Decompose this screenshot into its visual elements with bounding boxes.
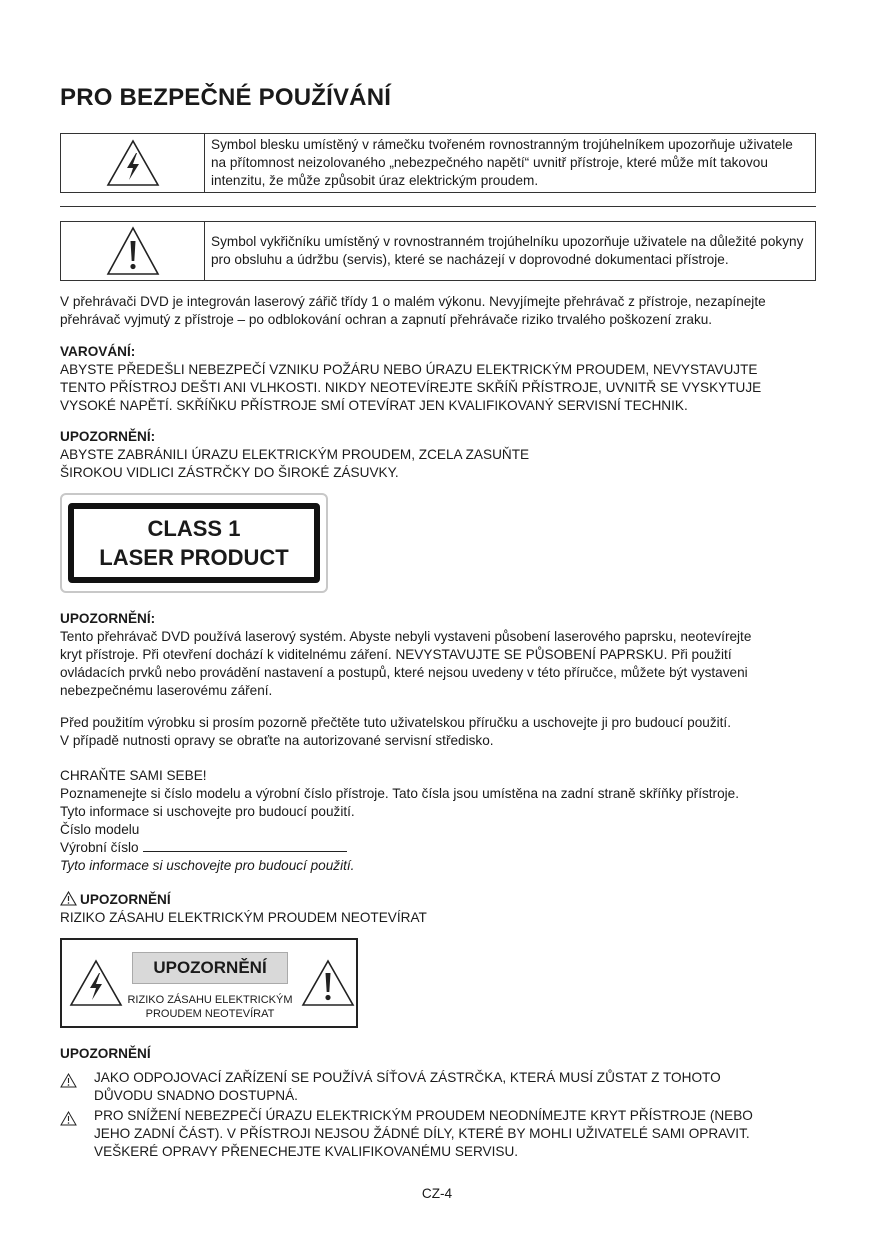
- caution-label-sub: RIZIKO ZÁSAHU ELEKTRICKÝM PROUDEM NEOTEV…: [120, 993, 300, 1021]
- class1-laser-label: CLASS 1 LASER PRODUCT: [60, 493, 328, 593]
- caution-plug-heading: UPOZORNĚNÍ:: [60, 428, 820, 446]
- shock-caution-heading: UPOZORNĚNÍ: [80, 892, 171, 907]
- lightning-triangle-icon: [68, 958, 124, 1008]
- caution-plug-section: UPOZORNĚNÍ: ABYSTE ZABRÁNILI ÚRAZU ELEKT…: [60, 428, 820, 482]
- protect-section: CHRAŇTE SAMI SEBE! Poznamenejte si číslo…: [60, 767, 820, 875]
- serial-number-label: Výrobní číslo: [60, 840, 139, 855]
- exclamation-triangle-icon: [300, 958, 356, 1008]
- laser-label-line2: LASER PRODUCT: [99, 543, 288, 572]
- warning-line: ABYSTE PŘEDEŠLI NEBEZPEČÍ VZNIKU POŽÁRU …: [60, 361, 820, 379]
- shock-caution-label: UPOZORNĚNÍ RIZIKO ZÁSAHU ELEKTRICKÝM PRO…: [60, 938, 358, 1028]
- serial-number-blank: [143, 839, 347, 852]
- caution-laser-line: nebezpečnému laserovému záření.: [60, 682, 820, 700]
- warning-triangle-icon: [60, 1111, 77, 1126]
- model-number-label: Číslo modelu: [60, 821, 820, 839]
- caution-plug-line: ABYSTE ZABRÁNILI ÚRAZU ELEKTRICKÝM PROUD…: [60, 446, 820, 464]
- protect-heading: CHRAŇTE SAMI SEBE!: [60, 767, 820, 785]
- exclamation-symbol-cell: [61, 222, 205, 280]
- shock-caution-heading-row: UPOZORNĚNÍ: [60, 891, 820, 909]
- warning-line: TENTO PŘÍSTROJ DEŠTI ANI VLHKOSTI. NIKDY…: [60, 379, 820, 397]
- lightning-symbol-description: Symbol blesku umístěný v rámečku tvořené…: [205, 134, 815, 192]
- laser-label-inner: CLASS 1 LASER PRODUCT: [68, 503, 320, 583]
- caution-laser-section: UPOZORNĚNÍ: Tento přehrávač DVD používá …: [60, 610, 820, 700]
- page-number: CZ-4: [0, 1186, 874, 1201]
- warning-section: VAROVÁNÍ: ABYSTE PŘEDEŠLI NEBEZPEČÍ VZNI…: [60, 343, 820, 415]
- read-manual-section: Před použitím výrobku si prosím pozorně …: [60, 714, 820, 750]
- protect-footer: Tyto informace si uschovejte pro budoucí…: [60, 857, 820, 875]
- caution-label-sub-line: RIZIKO ZÁSAHU ELEKTRICKÝM: [120, 993, 300, 1007]
- lightning-triangle-icon: [105, 138, 161, 188]
- warning-triangle-icon: [60, 1073, 77, 1088]
- caution-label-head: UPOZORNĚNÍ: [132, 952, 288, 984]
- read-manual-line: Před použitím výrobku si prosím pozorně …: [60, 714, 820, 732]
- lightning-symbol-cell: [61, 134, 205, 192]
- final-caution-item: PRO SNÍŽENÍ NEBEZPEČÍ ÚRAZU ELEKTRICKÝM …: [60, 1107, 820, 1161]
- divider: [60, 206, 816, 207]
- lightning-symbol-box: Symbol blesku umístěný v rámečku tvořené…: [60, 133, 816, 193]
- shock-caution-section: UPOZORNĚNÍ RIZIKO ZÁSAHU ELEKTRICKÝM PRO…: [60, 891, 820, 927]
- exclamation-symbol-box: Symbol vykřičníku umístěný v rovnostrann…: [60, 221, 816, 281]
- read-manual-line: V případě nutnosti opravy se obraťte na …: [60, 732, 820, 750]
- caution-laser-line: ovládacích prvků nebo provádění nastaven…: [60, 664, 820, 682]
- caution-plug-line: ŠIROKOU VIDLICI ZÁSTRČKY DO ŠIROKÉ ZÁSUV…: [60, 464, 820, 482]
- exclamation-symbol-description: Symbol vykřičníku umístěný v rovnostrann…: [205, 222, 815, 280]
- final-caution-heading: UPOZORNĚNÍ: [60, 1045, 820, 1063]
- warning-heading: VAROVÁNÍ:: [60, 343, 820, 361]
- warning-triangle-icon: [60, 891, 77, 906]
- exclamation-triangle-icon: [105, 225, 161, 277]
- laser-intro-text: V přehrávači DVD je integrován laserový …: [60, 293, 816, 329]
- protect-line: Tyto informace si uschovejte pro budoucí…: [60, 803, 820, 821]
- final-caution-line: JEHO ZADNÍ ČÁST). V PŘÍSTROJI NEJSOU ŽÁD…: [94, 1125, 753, 1143]
- final-caution-line: PRO SNÍŽENÍ NEBEZPEČÍ ÚRAZU ELEKTRICKÝM …: [94, 1107, 753, 1125]
- laser-label-line1: CLASS 1: [148, 514, 241, 543]
- caution-laser-heading: UPOZORNĚNÍ:: [60, 610, 820, 628]
- final-caution-item: JAKO ODPOJOVACÍ ZAŘÍZENÍ SE POUŽÍVÁ SÍŤO…: [60, 1069, 820, 1105]
- serial-number-row: Výrobní číslo: [60, 839, 820, 857]
- page-title: PRO BEZPEČNÉ POUŽÍVÁNÍ: [60, 84, 391, 112]
- final-caution-line: VEŠKERÉ OPRAVY PŘENECHEJTE KVALIFIKOVANÉ…: [94, 1143, 753, 1161]
- final-caution-line: JAKO ODPOJOVACÍ ZAŘÍZENÍ SE POUŽÍVÁ SÍŤO…: [94, 1069, 721, 1087]
- warning-line: VYSOKÉ NAPĚTÍ. SKŘÍŇKU PŘÍSTROJE SMÍ OTE…: [60, 397, 820, 415]
- protect-line: Poznamenejte si číslo modelu a výrobní č…: [60, 785, 820, 803]
- final-caution-line: DŮVODU SNADNO DOSTUPNÁ.: [94, 1087, 721, 1105]
- caution-label-sub-line: PROUDEM NEOTEVÍRAT: [120, 1007, 300, 1021]
- caution-laser-line: Tento přehrávač DVD používá laserový sys…: [60, 628, 820, 646]
- shock-caution-text: RIZIKO ZÁSAHU ELEKTRICKÝM PROUDEM NEOTEV…: [60, 909, 820, 927]
- caution-laser-line: kryt přístroje. Při otevření dochází k v…: [60, 646, 820, 664]
